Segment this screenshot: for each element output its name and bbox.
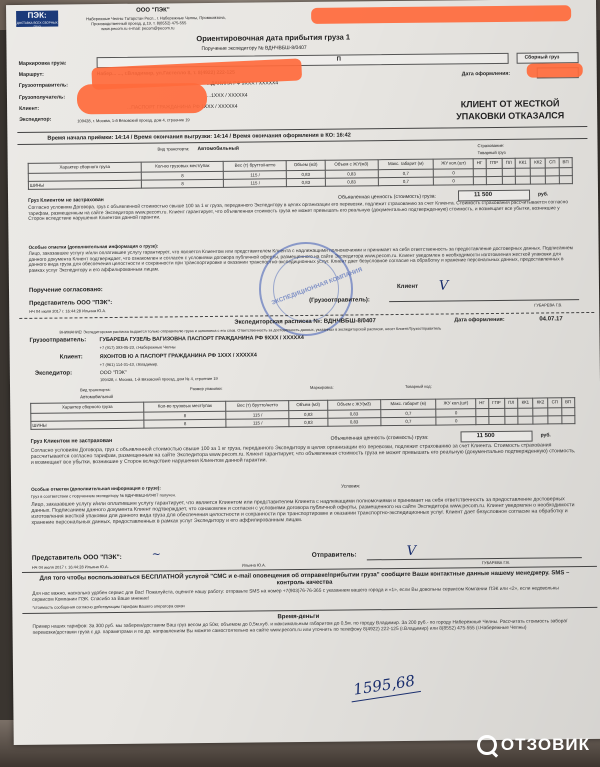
table-cell — [505, 416, 518, 424]
table-cell — [533, 408, 548, 416]
sender-label-2: Грузоотправитель: — [30, 337, 87, 344]
cargo-type: Сборный груз — [525, 54, 560, 60]
accepted-label: Поручение согласовано: — [29, 287, 103, 294]
table-cell — [531, 176, 546, 184]
forwarder-label-2: Экспедитор: — [35, 370, 72, 376]
document-sheet: ПЭК:ДОСТАВКА ВСЕХ СБОРНЫХ ГРУЗ ООО "ПЭК"… — [6, 0, 600, 745]
rep-label-2: Представитель ООО "ПЭК": — [32, 555, 122, 562]
table-cell — [488, 416, 505, 424]
transport-label-2: Вид транспорта: — [80, 387, 111, 393]
marking-label: Маркировка груза: — [19, 60, 67, 67]
route-label: Маршрут: — [19, 72, 44, 78]
table-cell — [486, 176, 503, 184]
insurance-terms-2: Согласно условиям Договора, груз с объяв… — [31, 442, 576, 466]
rep-signature: ~ — [152, 547, 161, 560]
table-header: Макс. габарит (м) — [380, 399, 436, 410]
client-label-2: Клиент: — [60, 354, 83, 360]
table-header: СП — [548, 398, 562, 408]
table-cell: 8 — [141, 179, 223, 188]
table-cell — [518, 408, 533, 416]
sender-sign-label-1: (Грузоотправитель): — [309, 297, 370, 304]
table-cell — [515, 176, 530, 184]
table-cell — [548, 416, 562, 424]
table-header: Объем (м3) — [289, 400, 327, 410]
table-header: Макс. габарит (м) — [378, 159, 434, 170]
table-cell — [518, 416, 533, 424]
table-cell — [473, 169, 485, 177]
sender-label: Грузоотправитель: — [19, 82, 68, 89]
table-cell — [559, 168, 572, 176]
table-header: ПЛ — [502, 158, 515, 168]
goods-code-label: Товарный код: — [405, 384, 432, 390]
table-header: ЖУ кол.(шт) — [436, 399, 476, 409]
table-header: ЖУ кол.(шт) — [433, 159, 473, 169]
table-cell: 8 — [144, 419, 226, 428]
company-site: www.pecom.ru e-mail: pecom@pecom.ru — [101, 25, 174, 32]
table-cell — [562, 408, 575, 416]
table-header: КК1 — [518, 398, 533, 408]
table-header: Объем (м3) — [286, 160, 324, 170]
otzovik-watermark: ОТЗОВИК — [477, 735, 590, 755]
redaction — [527, 63, 583, 78]
marking-value: П — [337, 57, 341, 63]
forwarder-value-2: ООО "ПЭК" — [100, 370, 127, 376]
section2-title: Экспедиторская расписка №: ВДНЧВБШ-8/040… — [234, 318, 376, 325]
redaction — [77, 83, 207, 114]
declared-value-label-2: Объявленная ценность (стоимость) груза: — [331, 435, 429, 442]
client-label: Клиент: — [19, 106, 39, 112]
table-cell — [488, 408, 505, 416]
declared-value-1: 11 500 — [474, 192, 492, 198]
table-cell — [546, 168, 560, 176]
recipient-label: Грузополучатель: — [19, 94, 65, 100]
table-header: Объем с ЖУ(м3) — [327, 400, 380, 411]
table-header: ПЛ — [505, 398, 518, 408]
table-header: ГПР — [488, 398, 505, 408]
table-cell — [530, 168, 545, 176]
table-cell: 0 — [434, 177, 474, 185]
rep-name-2: Ильина Ю.А. — [242, 562, 266, 568]
sender-sign-label-2: Отправитель: — [312, 552, 357, 558]
table-header: Объем с ЖУ(м3) — [325, 160, 378, 171]
table-header: ВП — [559, 158, 572, 168]
not-insured-1: Груз Клиентом не застрахован — [28, 197, 104, 204]
insurance-terms-1: Согласно условиям Договора, груз с объяв… — [28, 200, 573, 222]
table-cell — [474, 177, 486, 185]
sender-name-2: ГУБАРЕВА Г.В. — [482, 560, 510, 566]
handwritten-amount: 1595,68 — [352, 672, 416, 699]
table-cell — [515, 168, 530, 176]
table-cell: 0,83 — [289, 418, 327, 426]
table-cell — [505, 408, 518, 416]
rep-label-1: Представитель ООО "ПЭК": — [29, 300, 112, 307]
sender-contact-2: +7 (917) 393-05-23, г.Набережные Челны — [100, 344, 176, 351]
redaction — [311, 5, 571, 24]
section2-date-value: 04.07.17 — [539, 316, 562, 322]
table-header: Вес (т) брутто/нетто — [223, 161, 286, 172]
marking-label-2: Маркировка: — [310, 385, 334, 391]
insurance-label: Страхование: — [477, 143, 504, 149]
promo-note: *стоимость сообщения согласно действующи… — [32, 603, 184, 611]
table-cell: 0,7 — [378, 177, 434, 186]
table-cell — [562, 416, 575, 424]
section2-notice: ВНИМАНИЕ! Экспедиторская расписка выдает… — [59, 326, 441, 336]
cargo-table-2: Характер сборного грузаКол-во грузовых м… — [30, 397, 575, 430]
table-header: ВП — [561, 398, 574, 408]
table-cell — [486, 168, 503, 176]
table-header: НГ — [473, 159, 485, 169]
table-cell — [533, 416, 548, 424]
special-ref-2: Груз в соответствии с поручением экспеди… — [31, 492, 176, 500]
client-value-2: ЯХОНТОВ Ю А ПАСПОРТ ГРАЖДАНИНА РФ 1XXX /… — [100, 352, 257, 360]
forwarder-address-2: 109428, г. Москва, 1-й Вязовский проезд,… — [100, 376, 218, 383]
declared-value-2: 11 500 — [477, 433, 495, 439]
pek-logo: ПЭК:ДОСТАВКА ВСЕХ СБОРНЫХ ГРУЗ — [16, 11, 58, 27]
sender-value-2: ГУБАРЕВА ГУЗЕЛЬ ВАГИЗОВНА ПАСПОРТ ГРАЖДА… — [99, 335, 303, 343]
section2-date-label: Дата оформления: — [454, 317, 504, 324]
table-header: КК2 — [533, 398, 548, 408]
forwarder-address: 109428, г. Москва, 1-й Вязовский проезд,… — [77, 117, 189, 124]
time-money-text: Пример наших тарифов: За 300 руб. мы заб… — [33, 619, 578, 636]
not-insured-2: Груз Клиентом не застрахован — [31, 438, 113, 445]
table-cell: 0,83 — [327, 418, 380, 427]
company-name: ООО "ПЭК" — [136, 7, 170, 13]
table-cell — [502, 168, 515, 176]
table-cell — [546, 176, 560, 184]
recipient-value: ...1XXX / XXXXX4 — [207, 93, 248, 99]
section1-title: Ориентировочная дата прибытия груза 1 — [196, 34, 350, 42]
table-cell: ШИНЫ — [28, 180, 141, 189]
table-cell: 115 / — [224, 179, 287, 188]
table-cell: 0 — [436, 417, 476, 425]
table-header: КК1 — [515, 158, 530, 168]
declared-value-label-1: Объявленная ценность (стоимость) груза: — [338, 194, 436, 201]
special-terms-2: Лицо, заказавшее услугу и/или оплатившее… — [31, 496, 576, 526]
transport-value-2: Автомобильный — [80, 394, 113, 400]
table-cell — [476, 409, 488, 417]
insurance-value: Товарный груз — [478, 150, 506, 156]
section1-subtitle: Поручение экспедитору № ВДНЧВБШ-8/0407 — [201, 45, 306, 52]
table-cell: 115 / — [226, 419, 289, 428]
currency-2: руб. — [541, 432, 551, 438]
table-header: СП — [546, 158, 560, 168]
refusal-note: КЛИЕНТ ОТ ЖЕСТКОЙ УПАКОВКИ ОТКАЗАЛСЯ — [440, 97, 580, 122]
table-header: ГПР — [486, 158, 503, 168]
table-cell: 0,7 — [381, 417, 437, 426]
table-cell — [502, 176, 515, 184]
client-name-1: ГУБАРЕВА Г.В. — [534, 302, 562, 308]
forwarder-label: Экспедитор: — [19, 117, 51, 123]
table-cell: 0,83 — [287, 178, 325, 186]
rep-date-1: НЧ 04 июля 2017 г. 16:44:28 Ильина Ю.А. — [29, 308, 106, 315]
client-sign-label: Клиент — [397, 284, 418, 290]
terms-label: Условия: — [341, 483, 360, 489]
client-signature-mark: V — [439, 278, 449, 293]
transport-label: Вид транспорта: — [158, 146, 190, 152]
table-header: КК2 — [530, 158, 545, 168]
table-cell: 0,83 — [325, 178, 378, 187]
table-cell — [476, 417, 488, 425]
date-label: Дата оформления: — [462, 71, 510, 78]
table-cell — [559, 176, 572, 184]
client-contact-2: +7 (961) 114-31-43, г.Владимир. — [100, 362, 159, 369]
table-cell: ШИНЫ — [31, 420, 144, 429]
table-header: Вес (т) брутто/нетто — [226, 401, 289, 412]
magnifier-icon — [477, 735, 497, 755]
table-header: НГ — [476, 399, 488, 409]
sender-signature-mark: V — [407, 544, 417, 559]
time-money-title: Время-деньги — [277, 614, 319, 620]
cargo-table-1: Характер сборного грузаКол-во грузовых м… — [28, 157, 573, 190]
currency-1: руб. — [538, 191, 548, 197]
rep-date-2: НЧ 04 июля 2017 г. 16:44:28 Ильина Ю.А. — [32, 564, 109, 571]
transport-value: Автомобильный — [198, 146, 240, 152]
packing-label: Размер упаковки: — [190, 386, 223, 392]
table-cell — [548, 408, 562, 416]
